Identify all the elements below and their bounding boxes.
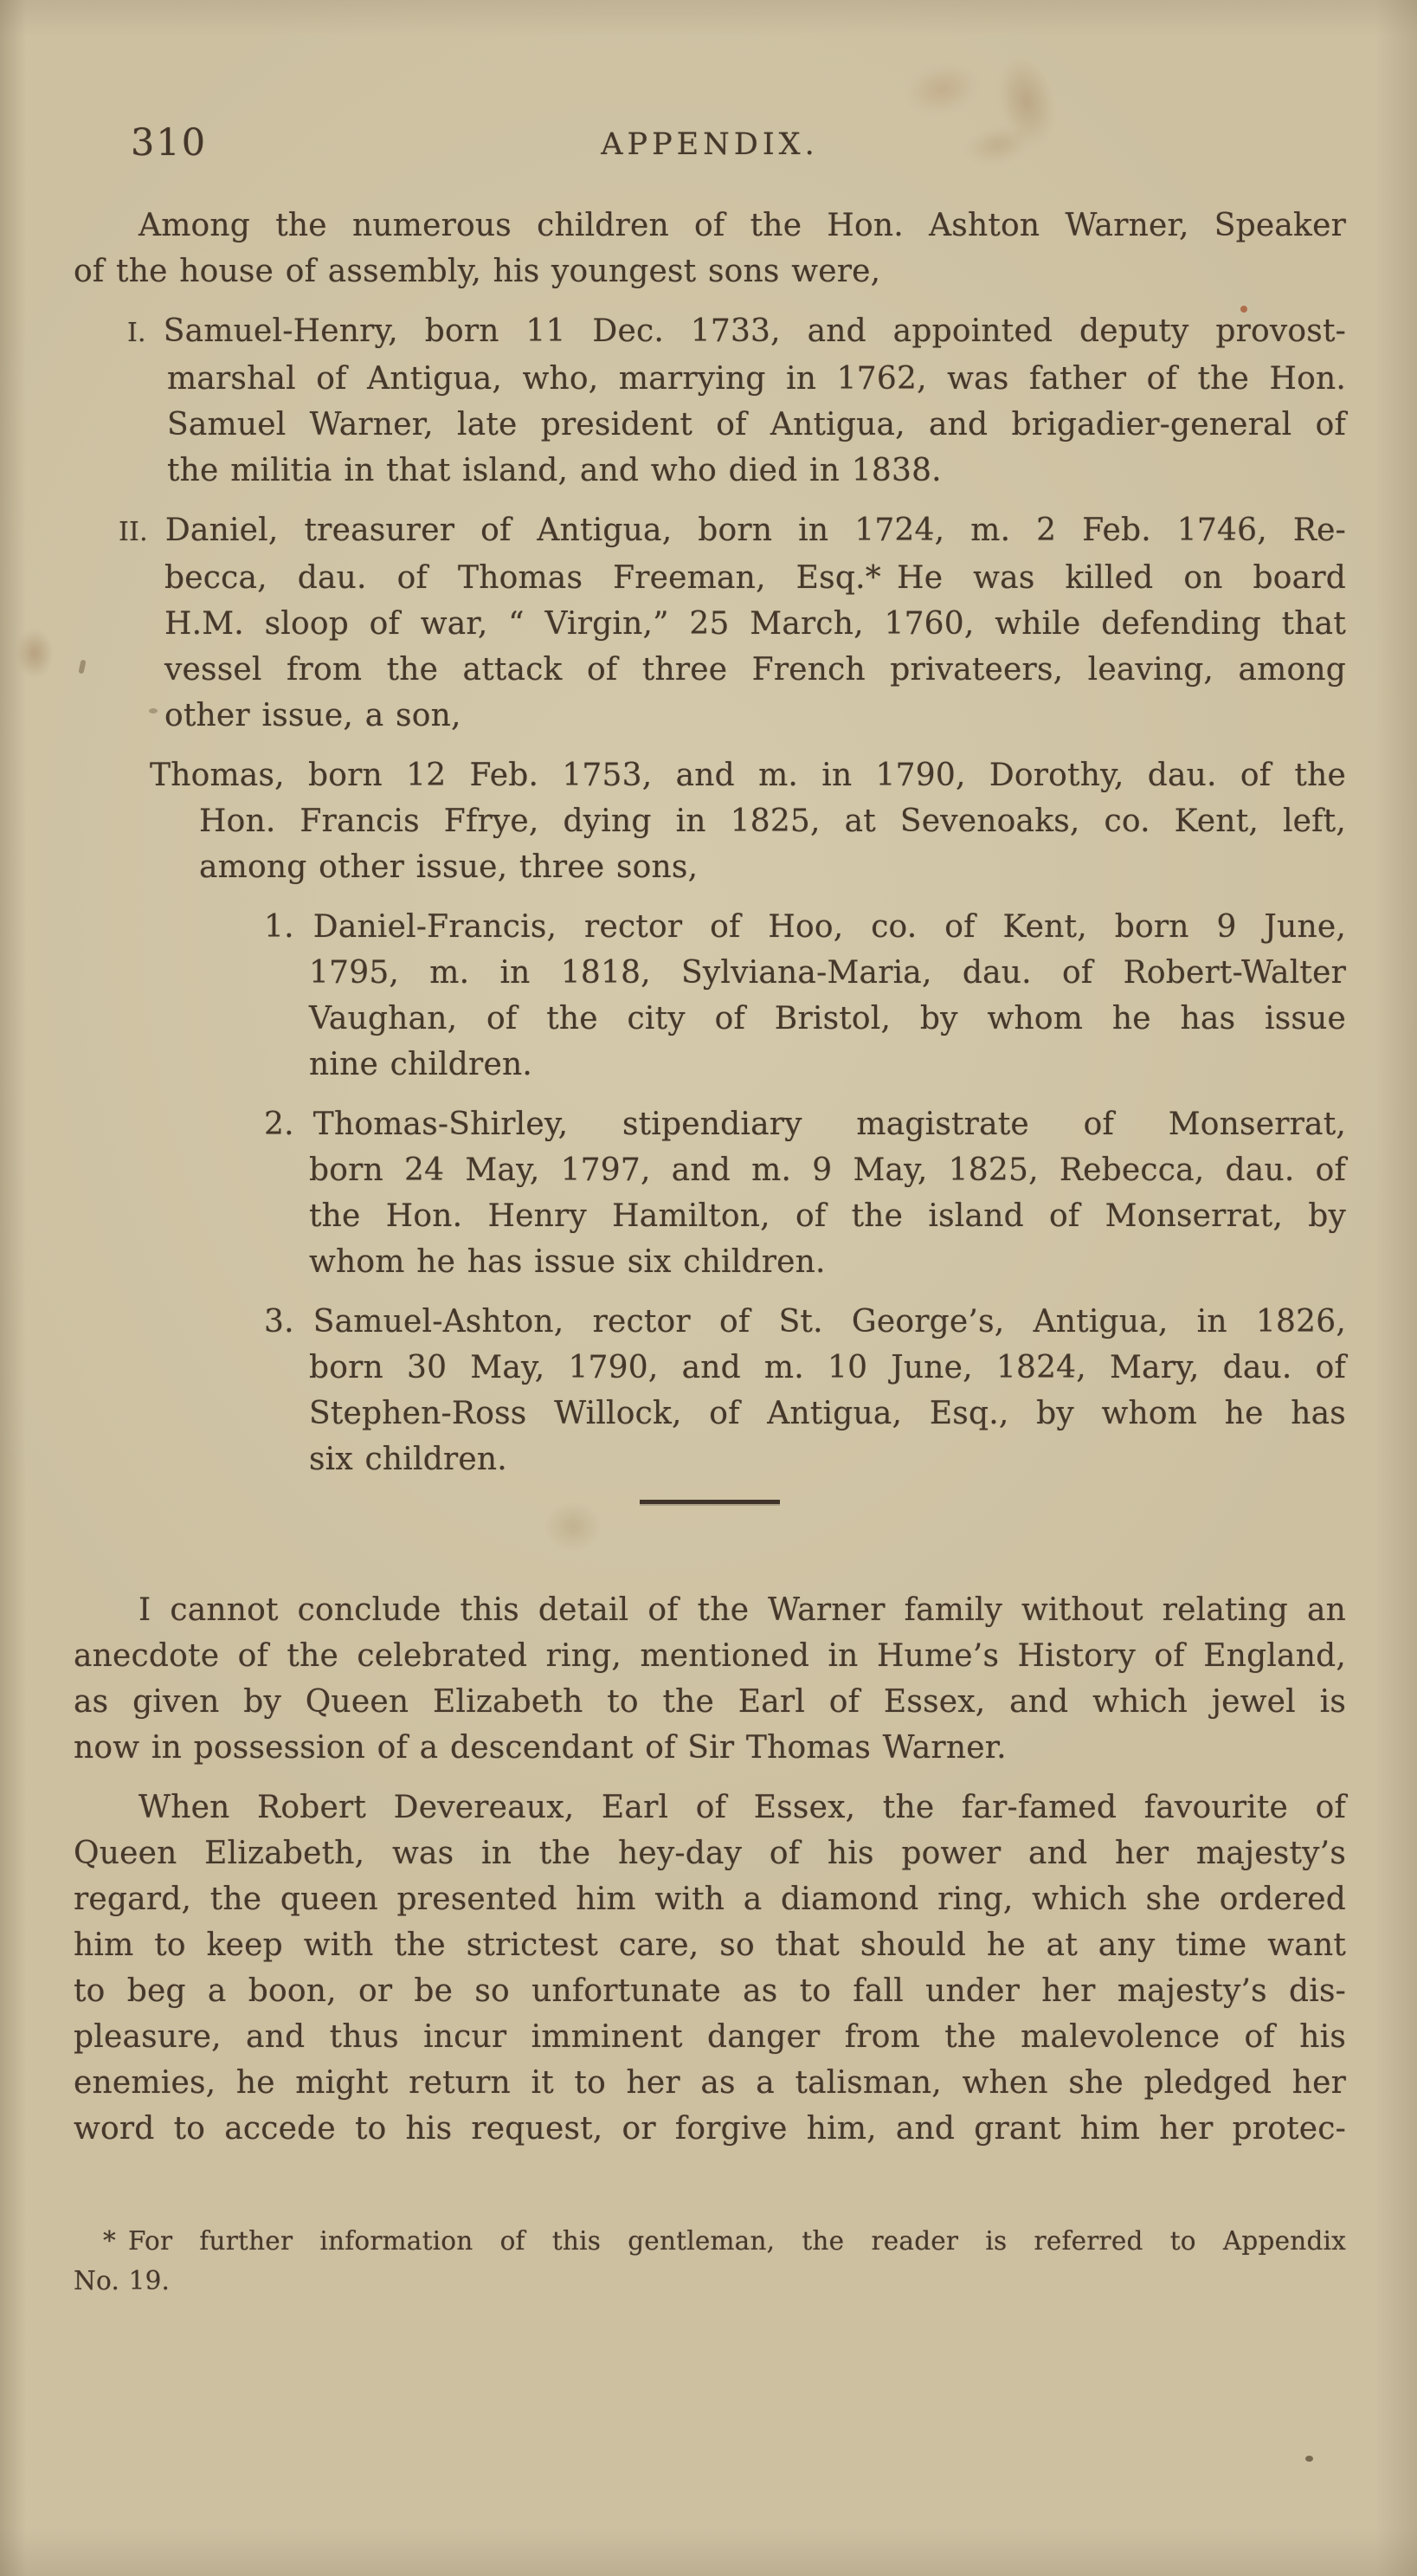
footnote: *For further information of this gentlem… — [74, 2221, 1346, 2301]
book-page: 310 APPENDIX. Among the numerous childre… — [0, 0, 1417, 2576]
text-line: Thomas, born 12 Feb. 1753, and m. in 179… — [150, 752, 1346, 798]
text-line: II.Daniel, treasurer of Antigua, born in… — [119, 507, 1346, 555]
anecdote-paragraph-1: I cannot conclude this detail of the War… — [74, 1587, 1346, 1771]
text-line: other issue, a son, — [164, 693, 1346, 739]
text-line: anecdote of the celebrated ring, mention… — [74, 1633, 1346, 1679]
text-line: now in possession of a descendant of Sir… — [74, 1725, 1346, 1771]
text-line: him to keep with the strictest care, so … — [74, 1922, 1346, 1968]
intro-paragraph: Among the numerous children of the Hon. … — [74, 203, 1346, 294]
text-line: born 24 May, 1797, and m. 9 May, 1825, R… — [309, 1147, 1346, 1193]
text-line: 3.Samuel-Ashton, rector of St. George’s,… — [264, 1299, 1346, 1345]
text-line: nine children. — [309, 1042, 1346, 1088]
text-line: word to accede to his request, or forgiv… — [74, 2106, 1346, 2152]
list-marker: II. — [119, 509, 148, 555]
text-line: 1795, m. in 1818, Sylviana-Maria, dau. o… — [309, 950, 1346, 996]
text-line: When Robert Devereaux, Earl of Essex, th… — [74, 1785, 1346, 1830]
text-line: vessel from the attack of three French p… — [164, 647, 1346, 693]
text-line: Samuel Warner, late president of Antigua… — [167, 402, 1346, 448]
sub-item-thomas-shirley: 2.Thomas-Shirley, stipendiary magistrate… — [74, 1101, 1346, 1285]
text-line: as given by Queen Elizabeth to the Earl … — [74, 1679, 1346, 1725]
text-line: Among the numerous children of the Hon. … — [74, 203, 1346, 249]
text-line: regard, the queen presented him with a d… — [74, 1876, 1346, 1922]
text-line: pleasure, and thus incur imminent danger… — [74, 2014, 1346, 2060]
text-line: the militia in that island, and who died… — [167, 448, 1346, 494]
text-line: the Hon. Henry Hamilton, of the island o… — [309, 1193, 1346, 1239]
text-line: marshal of Antigua, who, marrying in 176… — [167, 356, 1346, 402]
text-line: enemies, he might return it to her as a … — [74, 2060, 1346, 2106]
text-line: I cannot conclude this detail of the War… — [74, 1587, 1346, 1633]
paper-speck — [1305, 2456, 1313, 2462]
list-item-daniel: II.Daniel, treasurer of Antigua, born in… — [74, 507, 1346, 739]
text-line: Stephen-Ross Willock, of Antigua, Esq., … — [309, 1391, 1346, 1436]
list-item-samuel-henry: I.Samuel-Henry, born 11 Dec. 1733, and a… — [74, 308, 1346, 494]
list-marker: * — [103, 2221, 116, 2261]
text-line: Hon. Francis Ffrye, dying in 1825, at Se… — [199, 798, 1346, 844]
text-line: Vaughan, of the city of Bristol, by whom… — [309, 996, 1346, 1042]
text-line: *For further information of this gentlem… — [103, 2221, 1346, 2261]
sub-item-samuel-ashton: 3.Samuel-Ashton, rector of St. George’s,… — [74, 1299, 1346, 1482]
list-marker: I. — [127, 310, 146, 356]
text-line: Queen Elizabeth, was in the hey-day of h… — [74, 1830, 1346, 1876]
text-body: Among the numerous children of the Hon. … — [74, 203, 1346, 2301]
page-header: 310 APPENDIX. — [74, 121, 1346, 171]
anecdote-paragraph-2: When Robert Devereaux, Earl of Essex, th… — [74, 1785, 1346, 2152]
list-marker: 1. — [264, 904, 294, 950]
paper-stain — [10, 617, 80, 699]
text-line: H.M. sloop of war, “ Virgin,” 25 March, … — [164, 601, 1346, 647]
text-line: of the house of assembly, his youngest s… — [74, 249, 1346, 294]
running-title: APPENDIX. — [74, 127, 1346, 162]
list-marker: 3. — [264, 1299, 294, 1345]
page-content: 310 APPENDIX. Among the numerous childre… — [74, 121, 1346, 2315]
text-line: 2.Thomas-Shirley, stipendiary magistrate… — [264, 1101, 1346, 1147]
text-line: becca, dau. of Thomas Freeman, Esq.* He … — [164, 555, 1346, 601]
text-line: whom he has issue six children. — [309, 1239, 1346, 1285]
text-line: No. 19. — [74, 2261, 1346, 2301]
text-line: to beg a boon, or be so unfortunate as t… — [74, 1968, 1346, 2014]
thomas-paragraph: Thomas, born 12 Feb. 1753, and m. in 179… — [74, 752, 1346, 890]
list-marker: 2. — [264, 1101, 294, 1147]
text-line: 1.Daniel-Francis, rector of Hoo, co. of … — [264, 904, 1346, 950]
section-divider — [640, 1500, 780, 1504]
text-line: born 30 May, 1790, and m. 10 June, 1824,… — [309, 1345, 1346, 1391]
sub-item-daniel-francis: 1.Daniel-Francis, rector of Hoo, co. of … — [74, 904, 1346, 1088]
text-line: I.Samuel-Henry, born 11 Dec. 1733, and a… — [127, 308, 1346, 356]
text-line: among other issue, three sons, — [199, 844, 1346, 890]
text-line: six children. — [309, 1436, 1346, 1482]
